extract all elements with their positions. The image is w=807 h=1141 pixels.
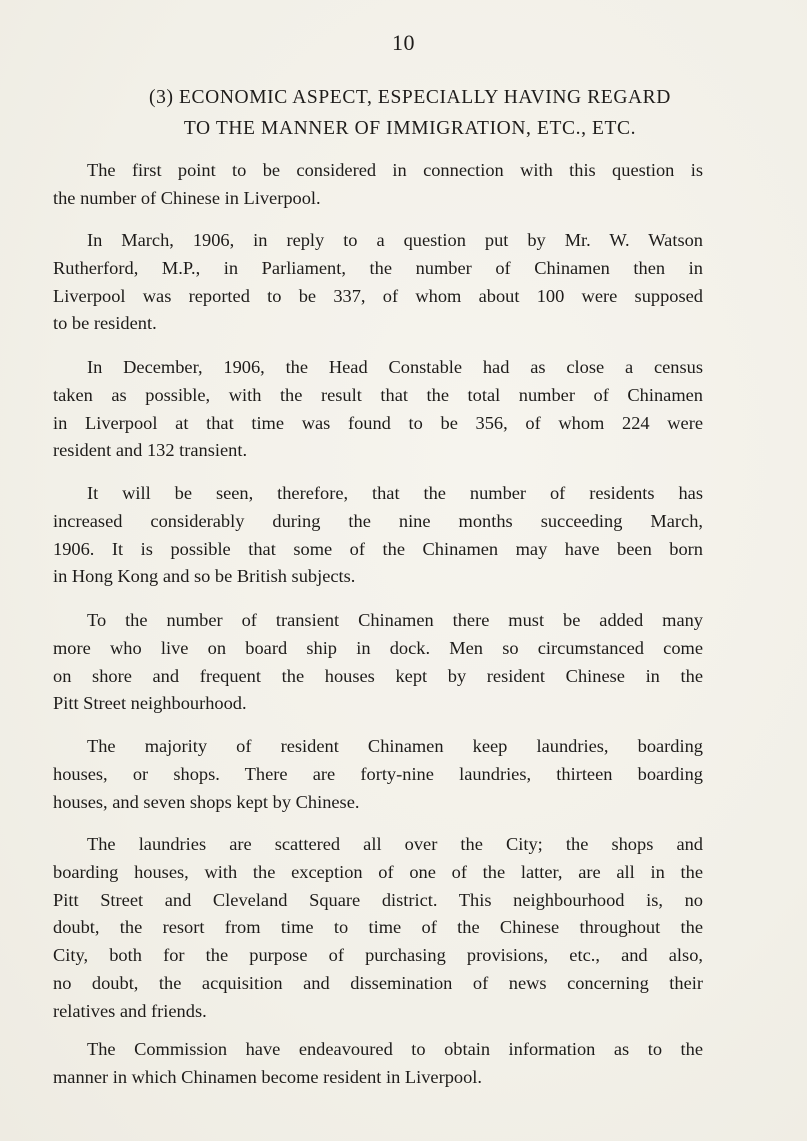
- text-line: 1906. It is possible that some of the Ch…: [53, 536, 703, 564]
- text-line: Liverpool was reported to be 337, of who…: [53, 283, 703, 311]
- text-line: City, both for the purpose of purchasing…: [53, 942, 703, 970]
- text-line: It will be seen, therefore, that the num…: [53, 480, 703, 508]
- text-line: resident and 132 transient.: [53, 437, 703, 465]
- text-line: houses, or shops. There are forty-nine l…: [53, 761, 703, 789]
- paragraph-number-of-chinese: The first point to be considered in conn…: [53, 157, 703, 213]
- text-line: increased considerably during the nine m…: [53, 508, 703, 536]
- text-line: Pitt Street and Cleveland Square distric…: [53, 887, 703, 915]
- text-line: The majority of resident Chinamen keep l…: [53, 733, 703, 761]
- text-line: Pitt Street neighbourhood.: [53, 690, 703, 718]
- document-page: 10 (3) ECONOMIC ASPECT, ESPECIALLY HAVIN…: [0, 0, 807, 1141]
- text-line: doubt, the resort from time to time of t…: [53, 914, 703, 942]
- paragraph-commission: The Commission have endeavoured to obtai…: [53, 1036, 703, 1092]
- section-heading: (3) ECONOMIC ASPECT, ESPECIALLY HAVING R…: [60, 82, 760, 144]
- text-line: The Commission have endeavoured to obtai…: [53, 1036, 703, 1064]
- text-line: Rutherford, M.P., in Parliament, the num…: [53, 255, 703, 283]
- paragraph-december-1906: In December, 1906, the Head Constable ha…: [53, 354, 703, 465]
- paragraph-laundries-shops: The majority of resident Chinamen keep l…: [53, 733, 703, 816]
- text-line: taken as possible, with the result that …: [53, 382, 703, 410]
- text-line: more who live on board ship in dock. Men…: [53, 635, 703, 663]
- section-heading-line-1: (3) ECONOMIC ASPECT, ESPECIALLY HAVING R…: [60, 82, 760, 113]
- text-line: The laundries are scattered all over the…: [53, 831, 703, 859]
- text-line: In December, 1906, the Head Constable ha…: [53, 354, 703, 382]
- text-line: relatives and friends.: [53, 998, 703, 1026]
- paragraph-residents-increase: It will be seen, therefore, that the num…: [53, 480, 703, 591]
- text-line: boarding houses, with the exception of o…: [53, 859, 703, 887]
- text-line: in Hong Kong and so be British subjects.: [53, 563, 703, 591]
- text-line: the number of Chinese in Liverpool.: [53, 185, 703, 213]
- text-line: to be resident.: [53, 310, 703, 338]
- text-line: To the number of transient Chinamen ther…: [53, 607, 703, 635]
- paragraph-pitt-street-district: The laundries are scattered all over the…: [53, 831, 703, 1026]
- paragraph-march-1906: In March, 1906, in reply to a question p…: [53, 227, 703, 338]
- text-line: in Liverpool at that time was found to b…: [53, 410, 703, 438]
- text-line: on shore and frequent the houses kept by…: [53, 663, 703, 691]
- text-line: houses, and seven shops kept by Chinese.: [53, 789, 703, 817]
- text-line: no doubt, the acquisition and disseminat…: [53, 970, 703, 998]
- text-line: In March, 1906, in reply to a question p…: [53, 227, 703, 255]
- page-number: 10: [0, 30, 807, 56]
- paragraph-transient-chinamen: To the number of transient Chinamen ther…: [53, 607, 703, 718]
- text-line: The first point to be considered in conn…: [53, 157, 703, 185]
- section-heading-line-2: TO THE MANNER OF IMMIGRATION, ETC., ETC.: [60, 113, 760, 144]
- text-line: manner in which Chinamen become resident…: [53, 1064, 703, 1092]
